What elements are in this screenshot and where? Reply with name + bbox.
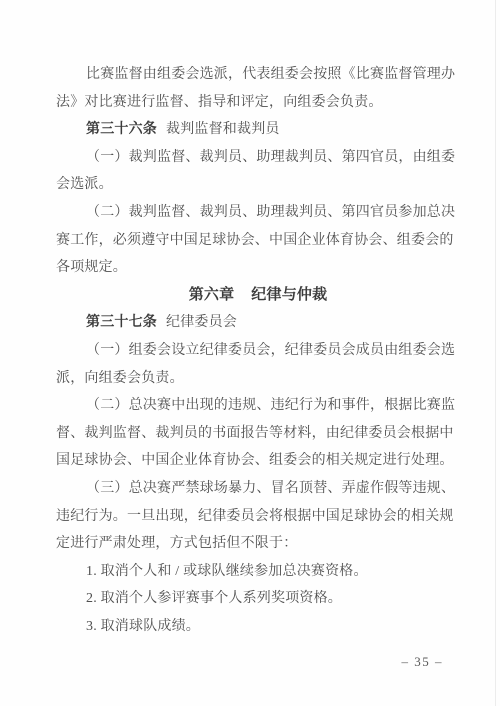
list-item: 2. 取消个人参评赛事个人系列奖项资格。 (56, 585, 460, 613)
chapter-heading: 第六章纪律与仲裁 (56, 282, 460, 310)
scan-edge-line (495, 0, 496, 706)
article-title: 裁判监督和裁判员 (166, 122, 280, 137)
chapter-title: 纪律与仲裁 (251, 287, 327, 303)
paragraph-line: 督、裁判监督、裁判员的书面报告等材料，由纪律委员会根据中 (56, 420, 460, 448)
paragraph-line: （三）总决赛严禁球场暴力、冒名顶替、弄虚作假等违规、 (56, 475, 460, 503)
article-heading-37: 第三十七条纪律委员会 (56, 309, 460, 337)
paragraph-line: 违纪行为。一旦出现，纪律委员会将根据中国足球协会的相关规 (56, 503, 460, 531)
list-item: 3. 取消球队成绩。 (56, 613, 460, 641)
list-item: 1. 取消个人和 / 或球队继续参加总决赛资格。 (56, 558, 460, 586)
document-page: 比赛监督由组委会选派，代表组委会按照《比赛监督管理办 法》对比赛进行监督、指导和… (0, 0, 500, 706)
paragraph-line: 定进行严肃处理，方式包括但不限于： (56, 530, 460, 558)
paragraph-line: 各项规定。 (56, 254, 460, 282)
paragraph-line: （二）总决赛中出现的违规、违纪行为和事件，根据比赛监 (56, 392, 460, 420)
page-number: – 35 – (402, 652, 444, 672)
paragraph-line: 比赛监督由组委会选派，代表组委会按照《比赛监督管理办 (56, 61, 460, 89)
paragraph-line: 法》对比赛进行监督、指导和评定，向组委会负责。 (56, 89, 460, 117)
paragraph-line: 国足球协会、中国企业体育协会、组委会的相关规定进行处理。 (56, 447, 460, 475)
article-number: 第三十六条 (86, 122, 157, 137)
paragraph-line: （二）裁判监督、裁判员、助理裁判员、第四官员参加总决 (56, 199, 460, 227)
paragraph-line: （一）裁判监督、裁判员、助理裁判员、第四官员，由组委 (56, 144, 460, 172)
chapter-number: 第六章 (189, 287, 235, 303)
paragraph-line: 赛工作，必须遵守中国足球协会、中国企业体育协会、组委会的 (56, 227, 460, 255)
article-title: 纪律委员会 (166, 315, 237, 330)
article-number: 第三十七条 (86, 315, 157, 330)
paragraph-line: （一）组委会设立纪律委员会，纪律委员会成员由组委会选 (56, 337, 460, 365)
document-body: 比赛监督由组委会选派，代表组委会按照《比赛监督管理办 法》对比赛进行监督、指导和… (56, 61, 460, 640)
article-heading-36: 第三十六条裁判监督和裁判员 (56, 116, 460, 144)
paragraph-line: 派，向组委会负责。 (56, 365, 460, 393)
paragraph-line: 会选派。 (56, 171, 460, 199)
